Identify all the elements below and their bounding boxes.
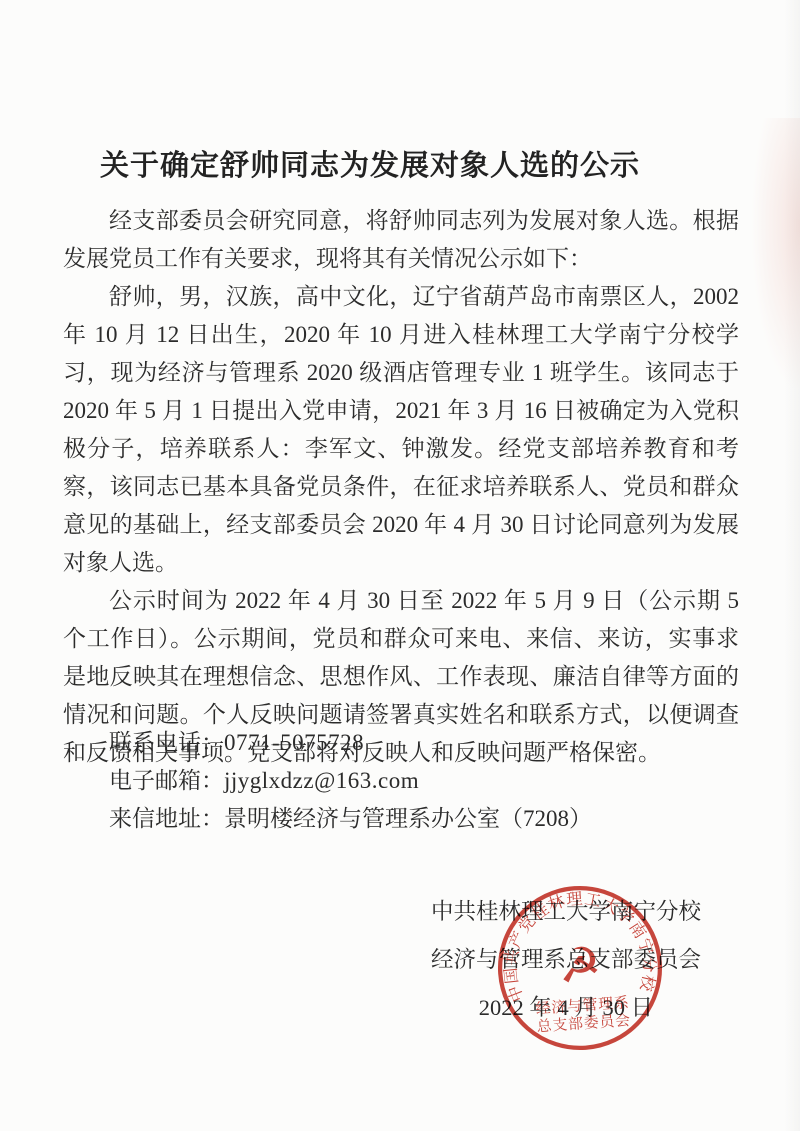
document-title: 关于确定舒帅同志为发展对象人选的公示 [66,143,674,184]
scanned-notice-page: 关于确定舒帅同志为发展对象人选的公示 经支部委员会研究同意，将舒帅同志列为发展对… [0,0,800,1131]
body-paragraph-profile: 舒帅，男，汉族，高中文化，辽宁省葫芦岛市南票区人，2002 年 10 月 12 … [63,278,739,582]
contact-phone-value: 0771-5075728 [224,730,364,755]
contact-phone-label: 联系电话： [109,730,224,755]
contact-email-label: 电子邮箱： [109,768,224,793]
signature-date: 2022 年 4 月 30 日 [414,984,718,1032]
contact-email-value: jjyglxdzz@163.com [224,768,419,793]
body-paragraph-intro: 经支部委员会研究同意，将舒帅同志列为发展对象人选。根据发展党员工作有关要求，现将… [63,202,739,278]
contact-address-label: 来信地址： [109,806,224,831]
signature-block: 中共桂林理工大学南宁分校 经济与管理系总支部委员会 2022 年 4 月 30 … [414,888,718,1032]
contact-info-block: 联系电话：0771-5075728 电子邮箱：jjyglxdzz@163.com… [63,724,739,838]
contact-address-value: 景明楼经济与管理系办公室（7208） [224,806,592,831]
contact-address-line: 来信地址：景明楼经济与管理系办公室（7208） [63,800,739,838]
signature-org-line1: 中共桂林理工大学南宁分校 [414,888,718,936]
scan-edge-shadow [784,0,800,1131]
document-body: 经支部委员会研究同意，将舒帅同志列为发展对象人选。根据发展党员工作有关要求，现将… [63,202,739,772]
contact-email-line: 电子邮箱：jjyglxdzz@163.com [63,762,739,800]
signature-org-line2: 经济与管理系总支部委员会 [414,936,718,984]
scan-ink-bleed-artifact [752,118,800,388]
contact-phone-line: 联系电话：0771-5075728 [63,724,739,762]
